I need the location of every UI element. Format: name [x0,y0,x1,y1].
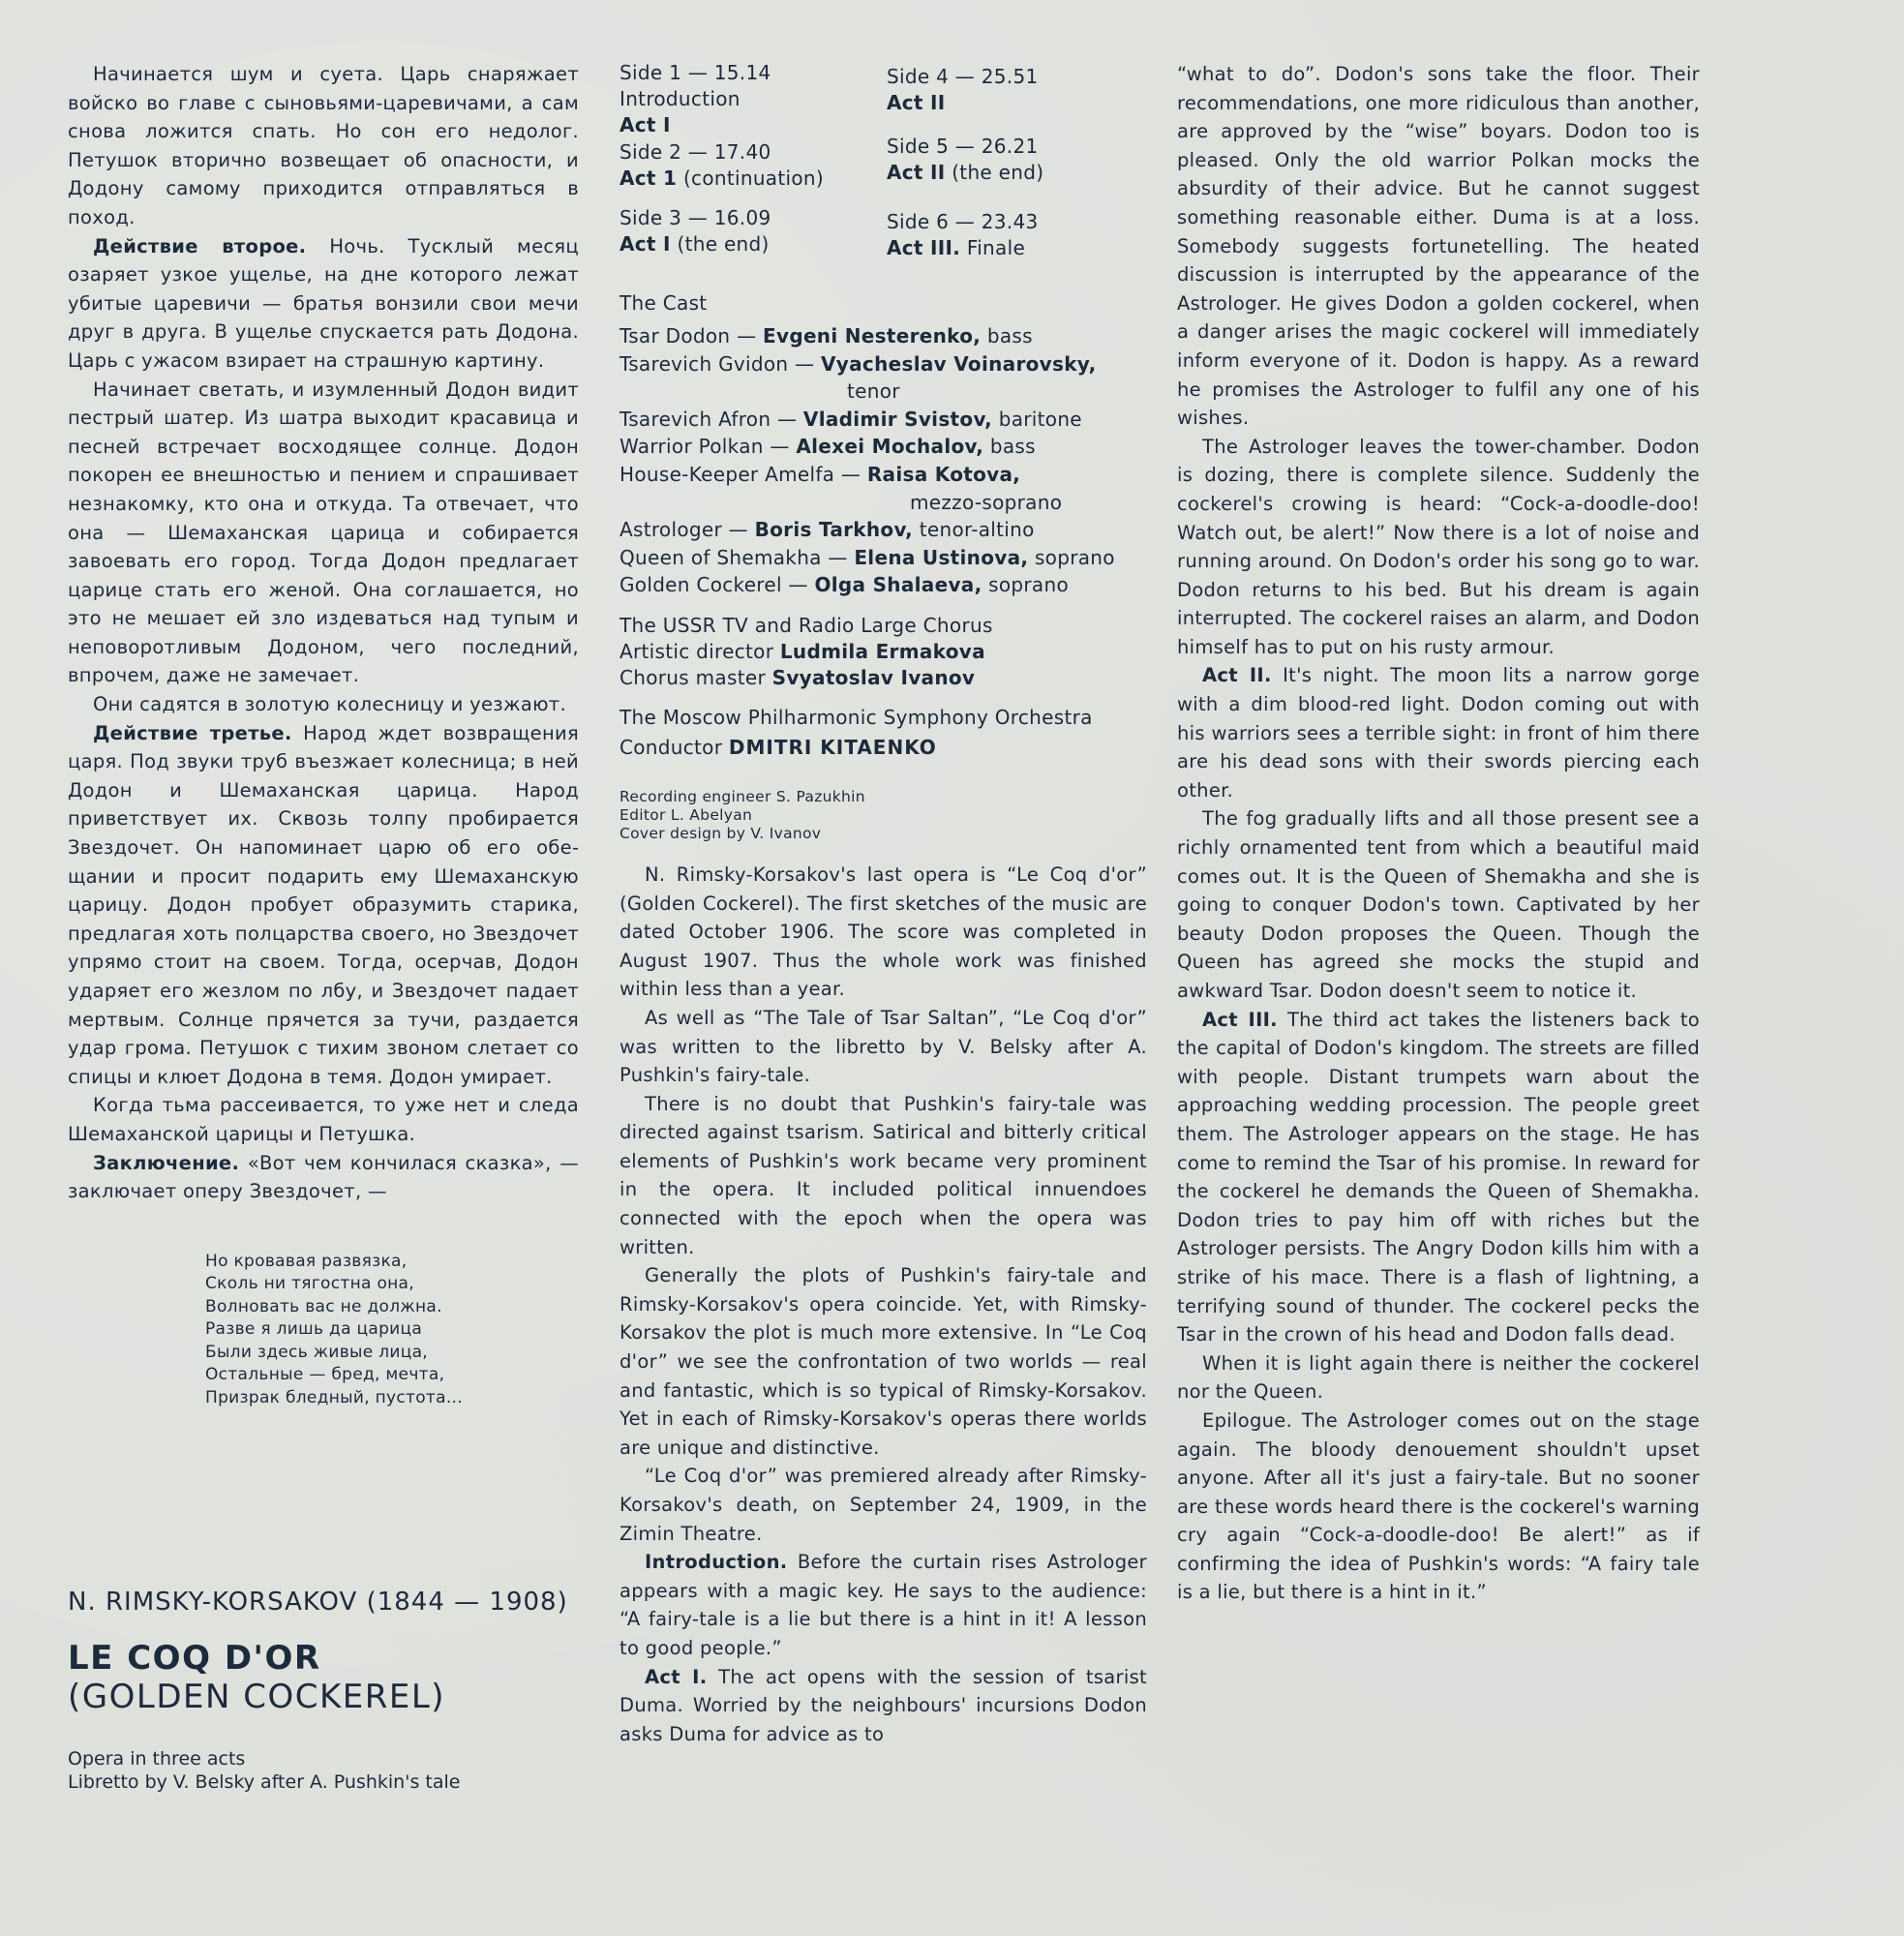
side-duration: Side 4 — 25.51 [887,64,1039,90]
cast-voice: bass [983,435,1036,458]
cast-singer: Vyacheslav Voinarovsky, [821,352,1096,376]
cast-member: Tsar Dodon — Evgeni Nesterenko, bass [620,322,1147,350]
opera-subtitle: Opera in three acts Libretto by V. Belsk… [68,1747,460,1794]
section-heading: Заключение. [93,1152,239,1174]
paragraph-text: “Le Coq d'or” was premiered already afte… [620,1465,1147,1544]
side-duration: Side 1 — 15.14 [620,60,771,86]
closing-verse: Но кровавая развязка,Сколь ни тягостна о… [205,1251,579,1410]
paragraph-text: “what to do”. Dodon's sons take the floo… [1177,63,1700,429]
side-entry: Side 4 — 25.51Act II [887,64,1039,116]
paragraph-text: Начинает светать, и изумленный Додон вид… [68,378,579,687]
cast-voice: soprano [982,573,1070,596]
verse-line: Разве я лишь да царица [205,1318,579,1342]
paragraph-text: There is no doubt that Pushkin's fairy-t… [620,1093,1147,1258]
opera-genre: Opera in three acts [68,1747,460,1770]
synopsis-paragraph: Действие второе. Ночь. Тусклый месяц оза… [68,232,579,376]
chorus-master-name: Svyatoslav Ivanov [772,666,976,689]
orchestra-name: The Moscow Philharmonic Symphony Orchest… [620,705,1147,731]
synopsis-paragraph: “what to do”. Dodon's sons take the floo… [1177,60,1700,433]
synopsis-paragraph: The fog gradually lifts and all those pr… [1177,804,1700,1005]
cast-member: Golden Cockerel — Olga Shalaeva, soprano [620,571,1147,599]
opera-title-english: (GOLDEN COCKEREL) [68,1678,445,1716]
synopsis-paragraph: When it is light again there is neither … [1177,1349,1700,1407]
cast-singer: Raisa Kotova, [867,463,1020,486]
cast-voice: baritone [992,408,1082,431]
cast-singer: Alexei Mochalov, [796,435,983,458]
synopsis-paragraph: Действие третье. Народ ждет возвращения … [68,719,579,1092]
cast-role: Golden Cockerel — [620,573,814,596]
cast-voice-line: mezzo-soprano [620,489,1147,517]
side-contents: Introduction [620,86,771,112]
side-contents: Act 1 (continuation) [620,166,824,192]
conductor-name: DMITRI KITAENKO [729,736,937,759]
notes-paragraph: “Le Coq d'or” was premiered already afte… [620,1462,1147,1548]
paragraph-text: Epilogue. The Astrologer comes out on th… [1177,1409,1700,1604]
english-notes-text: N. Rimsky-Korsakov's last opera is “Le C… [620,861,1147,1748]
section-heading: Действие второе. [93,235,306,257]
cast-member: House-Keeper Amelfa — Raisa Kotova, [620,461,1147,489]
cast-singer: Boris Tarkhov, [755,518,913,541]
cast-member: Queen of Shemakha — Elena Ustinova, sopr… [620,544,1147,572]
notes-paragraph: Act I. The act opens with the session of… [620,1663,1147,1749]
section-heading: Действие третье. [93,722,292,744]
cast-role: Tsarevich Gvidon — [620,352,821,376]
cover-design: Cover design by V. Ivanov [620,825,1147,843]
notes-paragraph: N. Rimsky-Korsakov's last opera is “Le C… [620,861,1147,1004]
composer-heading: N. RIMSKY-KORSAKOV (1844 — 1908) [68,1588,568,1617]
chorus-master-line: Chorus master Svyatoslav Ivanov [620,665,1147,691]
performers-credits: The USSR TV and Radio Large Chorus Artis… [620,613,1147,761]
editor: Editor L. Abelyan [620,806,1147,825]
synopsis-paragraph: Начинается шум и суета. Царь снаряжает в… [68,60,579,232]
side-entry: Side 1 — 15.14IntroductionAct I [620,60,771,138]
verse-line: Были здесь живые лица, [205,1342,579,1365]
side-entry: Side 3 — 16.09Act I (the end) [620,205,771,257]
verse-line: Сколь ни тягостна она, [205,1273,579,1296]
chorus-name: The USSR TV and Radio Large Chorus [620,613,1147,639]
verse-line: Остальные — бред, мечта, [205,1364,579,1387]
cast-role: Tsarevich Afron — [620,408,803,431]
cast-role: Tsar Dodon — [620,324,763,348]
side-contents: Act II (the end) [887,160,1043,186]
cast-voice-line: tenor [620,378,1147,406]
cast-role: Astrologer — [620,518,755,541]
synopsis-paragraph: Когда тьма рассеивается, то уже нет и сл… [68,1091,579,1148]
paragraph-text: When it is light again there is neither … [1177,1352,1700,1404]
english-synopsis-column: “what to do”. Dodon's sons take the floo… [1177,60,1700,1607]
side-contents: Act I [620,112,771,138]
conductor-line: Conductor DMITRI KITAENKO [620,735,1147,761]
notes-paragraph: Introduction. Before the curtain rises A… [620,1548,1147,1662]
russian-synopsis-text: Начинается шум и суета. Царь снаряжает в… [68,60,579,1206]
artistic-director-name: Ludmila Ermakova [780,640,985,663]
section-heading: Act II. [1202,664,1272,686]
side-contents: Act III. Finale [887,235,1039,261]
verse-line: Волновать вас не должна. [205,1296,579,1319]
chorus-master-label: Chorus master [620,666,772,689]
synopsis-paragraph: Act III. The third act takes the listene… [1177,1006,1700,1349]
cast-list: Tsar Dodon — Evgeni Nesterenko, bassTsar… [620,322,1147,599]
cast-singer: Olga Shalaeva, [814,573,982,596]
side-duration: Side 5 — 26.21 [887,134,1043,160]
verse-line: Призрак бледный, пустота... [205,1387,579,1410]
side-entry: Side 2 — 17.40Act 1 (continuation) [620,139,824,192]
paragraph-text: Когда тьма рассеивается, то уже нет и сл… [68,1094,579,1145]
section-heading: Introduction. [645,1551,787,1573]
paragraph-text: Они садятся в золотую колесницу и уез­жа… [93,693,566,715]
conductor-label: Conductor [620,736,729,759]
cast-member: Tsarevich Afron — Vladimir Svistov, bari… [620,406,1147,434]
cast-member: Tsarevich Gvidon — Vyacheslav Voinarovsk… [620,350,1147,378]
cast-voice: tenor-altino [913,518,1035,541]
artistic-director-label: Artistic director [620,640,780,663]
libretto-credit: Libretto by V. Belsky after A. Pushkin's… [68,1770,460,1794]
opera-title: LE COQ D'OR [68,1639,321,1678]
synopsis-paragraph: Заключение. «Вот чем кончилася сказка», … [68,1149,579,1206]
cast-role: Queen of Shemakha — [620,546,854,569]
cast-role: House-Keeper Amelfa — [620,463,867,486]
cast-member: Warrior Polkan — Alexei Mochalov, bass [620,433,1147,461]
verse-line: Но кровавая развязка, [205,1251,579,1274]
notes-paragraph: As well as “The Tale of Tsar Saltan”, “L… [620,1004,1147,1090]
cast-singer: Vladimir Svistov, [803,408,992,431]
notes-paragraph: Generally the plots of Pushkin's fairy-t… [620,1261,1147,1462]
paragraph-text: N. Rimsky-Korsakov's last opera is “Le C… [620,863,1147,1000]
synopsis-paragraph: The Astrologer leaves the tower-chamber.… [1177,433,1700,662]
production-credits: Recording engineer S. Pazukhin Editor L.… [620,788,1147,843]
side-contents: Act I (the end) [620,231,771,257]
side-contents: Act II [887,90,1039,116]
cast-voice: mezzo-soprano [910,491,1062,514]
recording-engineer: Recording engineer S. Pazukhin [620,788,1147,806]
cast-role: Warrior Polkan — [620,435,796,458]
side-entry: Side 5 — 26.21Act II (the end) [887,134,1043,186]
cast-singer: Evgeni Nesterenko, [763,324,981,348]
cast-voice: bass [981,324,1033,348]
synopsis-paragraph: Act II. It's night. The moon lits a narr… [1177,661,1700,804]
paragraph-text: The Astrologer leaves the tower-chamber.… [1177,436,1700,658]
cast-singer: Elena Ustinova, [854,546,1028,569]
cast-member: Astrologer — Boris Tarkhov, tenor-altino [620,516,1147,544]
side-duration: Side 2 — 17.40 [620,139,824,166]
synopsis-paragraph: Epilogue. The Astrologer comes out on th… [1177,1407,1700,1607]
paragraph-text: Начинается шум и суета. Царь снаряжает в… [68,63,579,228]
cast-voice: tenor [847,379,900,403]
notes-paragraph: There is no doubt that Pushkin's fairy-t… [620,1090,1147,1262]
cast-voice: soprano [1028,546,1115,569]
english-synopsis-text: “what to do”. Dodon's sons take the floo… [1177,60,1700,1607]
side-entry: Side 6 — 23.43Act III. Finale [887,209,1039,261]
paragraph-text: Народ ждет возвращения царя. Под звуки т… [68,722,579,1088]
paragraph-text: The fog gradually lifts and all those pr… [1177,807,1700,1002]
artistic-director-line: Artistic director Ludmila Ermakova [620,639,1147,665]
section-heading: Act I. [645,1666,707,1688]
synopsis-paragraph: Начинает светать, и изумленный Додон вид… [68,376,579,691]
cast-heading: The Cast [620,290,1147,317]
paragraph-text: The third act takes the listeners back t… [1177,1009,1700,1346]
synopsis-paragraph: Они садятся в золотую колесницу и уез­жа… [68,690,579,719]
side-duration: Side 6 — 23.43 [887,209,1039,235]
paragraph-text: As well as “The Tale of Tsar Saltan”, “L… [620,1007,1147,1086]
section-heading: Act III. [1202,1009,1278,1031]
side-listing: Side 1 — 15.14IntroductionAct ISide 2 — … [620,60,1147,283]
paragraph-text: Generally the plots of Pushkin's fairy-t… [620,1264,1147,1459]
credits-column: Side 1 — 15.14IntroductionAct ISide 2 — … [620,60,1147,1748]
side-duration: Side 3 — 16.09 [620,205,771,231]
russian-synopsis-column: Начинается шум и суета. Царь снаряжает в… [68,60,579,1409]
